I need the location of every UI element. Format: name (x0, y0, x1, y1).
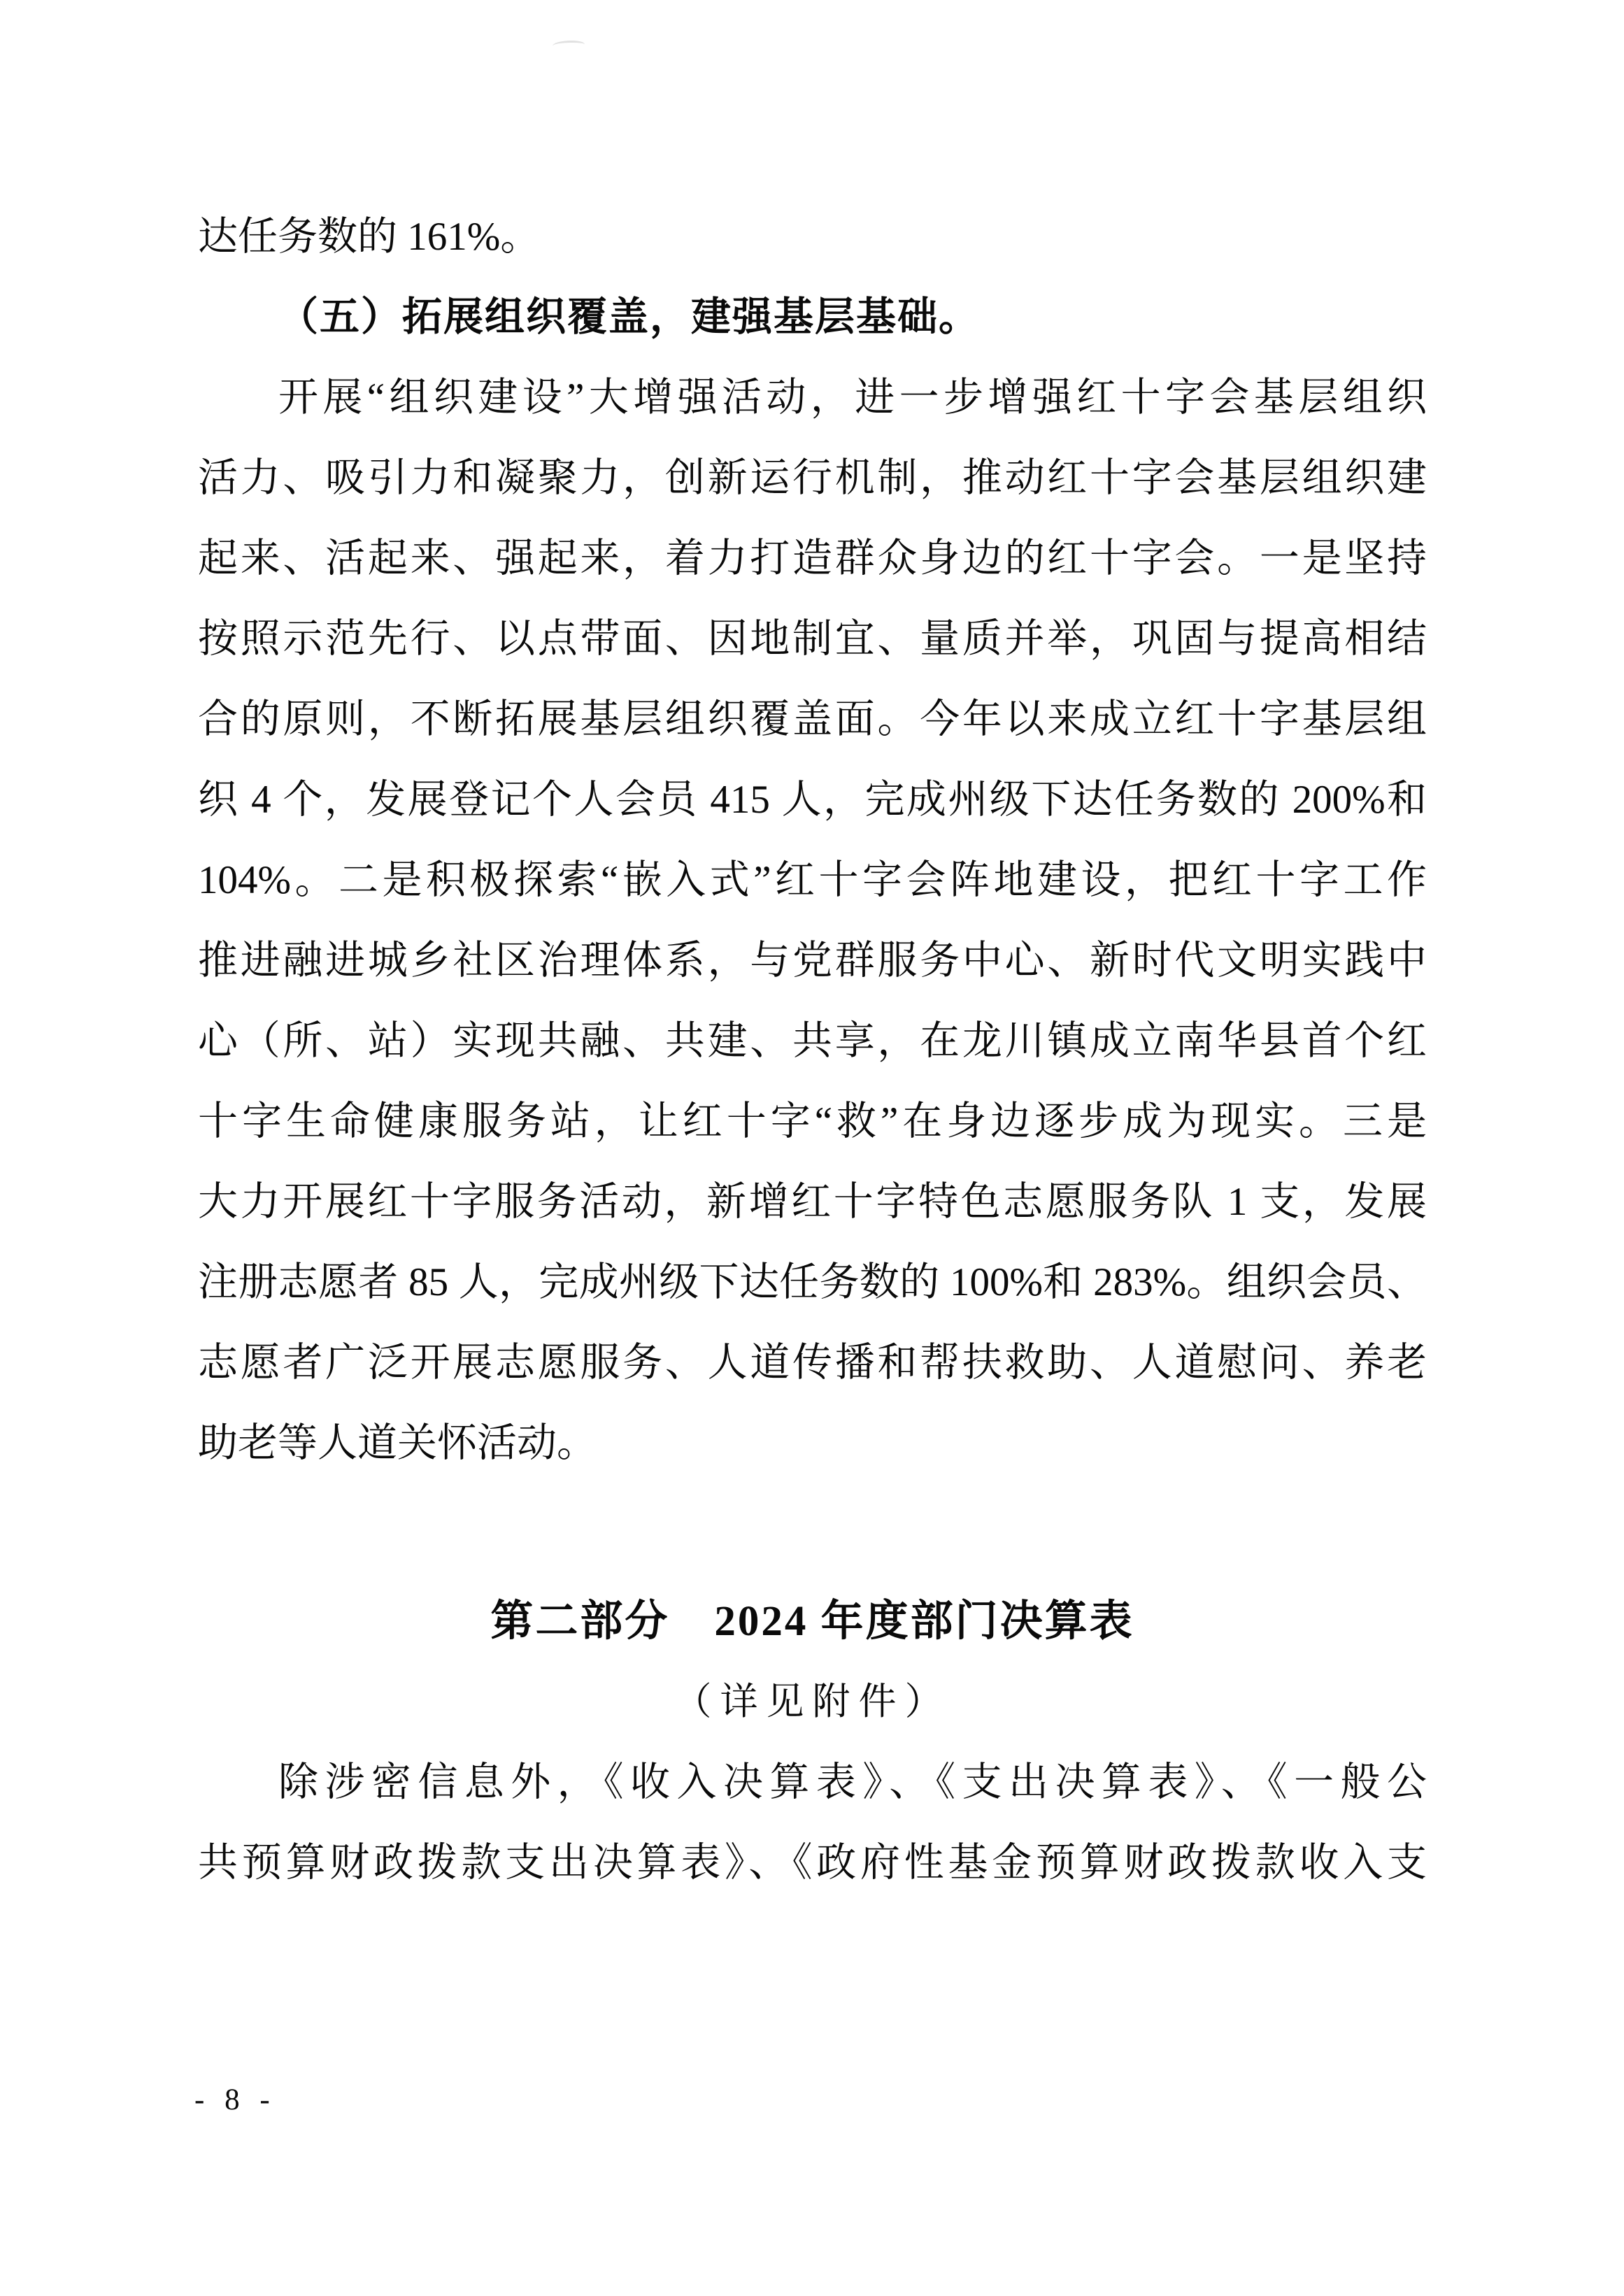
part-subtitle: （详见附件） (198, 1662, 1427, 1742)
body-line: 起来、活起来、强起来，着力打造群众身边的红十字会。一是坚持 (198, 518, 1427, 599)
body-line: 按照示范先行、以点带面、因地制宜、量质并举，巩固与提高相结 (198, 599, 1427, 679)
body-line: 活力、吸引力和凝聚力，创新运行机制，推动红十字会基层组织建 (198, 438, 1427, 518)
body-line: 志愿者广泛开展志愿服务、人道传播和帮扶救助、人道慰问、养老 (198, 1322, 1427, 1403)
body-line: 共预算财政拨款支出决算表》、《政府性基金预算财政拨款收入支 (198, 1823, 1427, 1903)
paragraph-continuation-line: 达任务数的 161%。 (198, 197, 1427, 277)
body-line: 十字生命健康服务站，让红十字“救”在身边逐步成为现实。三是 (198, 1081, 1427, 1162)
body-line: 推进融进城乡社区治理体系，与党群服务中心、新时代文明实践中 (198, 920, 1427, 1001)
body-line: 心（所、站）实现共融、共建、共享，在龙川镇成立南华县首个红 (198, 1001, 1427, 1081)
body-line: 织 4 个，发展登记个人会员 415 人，完成州级下达任务数的 200%和 (198, 760, 1427, 840)
part-title: 第二部分 2024 年度部门决算表 (198, 1581, 1427, 1662)
section-heading: （五）拓展组织覆盖，建强基层基础。 (198, 277, 1427, 357)
body-line: 除涉密信息外，《收入决算表》、《支出决算表》、《一般公 (198, 1742, 1427, 1823)
body-line: 大力开展红十字服务活动，新增红十字特色志愿服务队 1 支，发展 (198, 1162, 1427, 1242)
body-line: 助老等人道关怀活动。 (198, 1403, 1427, 1483)
body-line: 合的原则，不断拓展基层组织覆盖面。今年以来成立红十字基层组 (198, 679, 1427, 760)
body-line: 注册志愿者 85 人，完成州级下达任务数的 100%和 283%。组织会员、 (198, 1242, 1427, 1322)
document-page: 达任务数的 161%。（五）拓展组织覆盖，建强基层基础。开展“组织建设”大增强活… (0, 0, 1624, 2296)
body-line: 104%。二是积极探索“嵌入式”红十字会阵地建设，把红十字工作 (198, 840, 1427, 920)
page-number: - 8 - (194, 2083, 276, 2117)
body-line: 开展“组织建设”大增强活动，进一步增强红十字会基层组织 (198, 357, 1427, 438)
document-body: 达任务数的 161%。（五）拓展组织覆盖，建强基层基础。开展“组织建设”大增强活… (198, 197, 1427, 1903)
scan-artifact (553, 41, 585, 50)
